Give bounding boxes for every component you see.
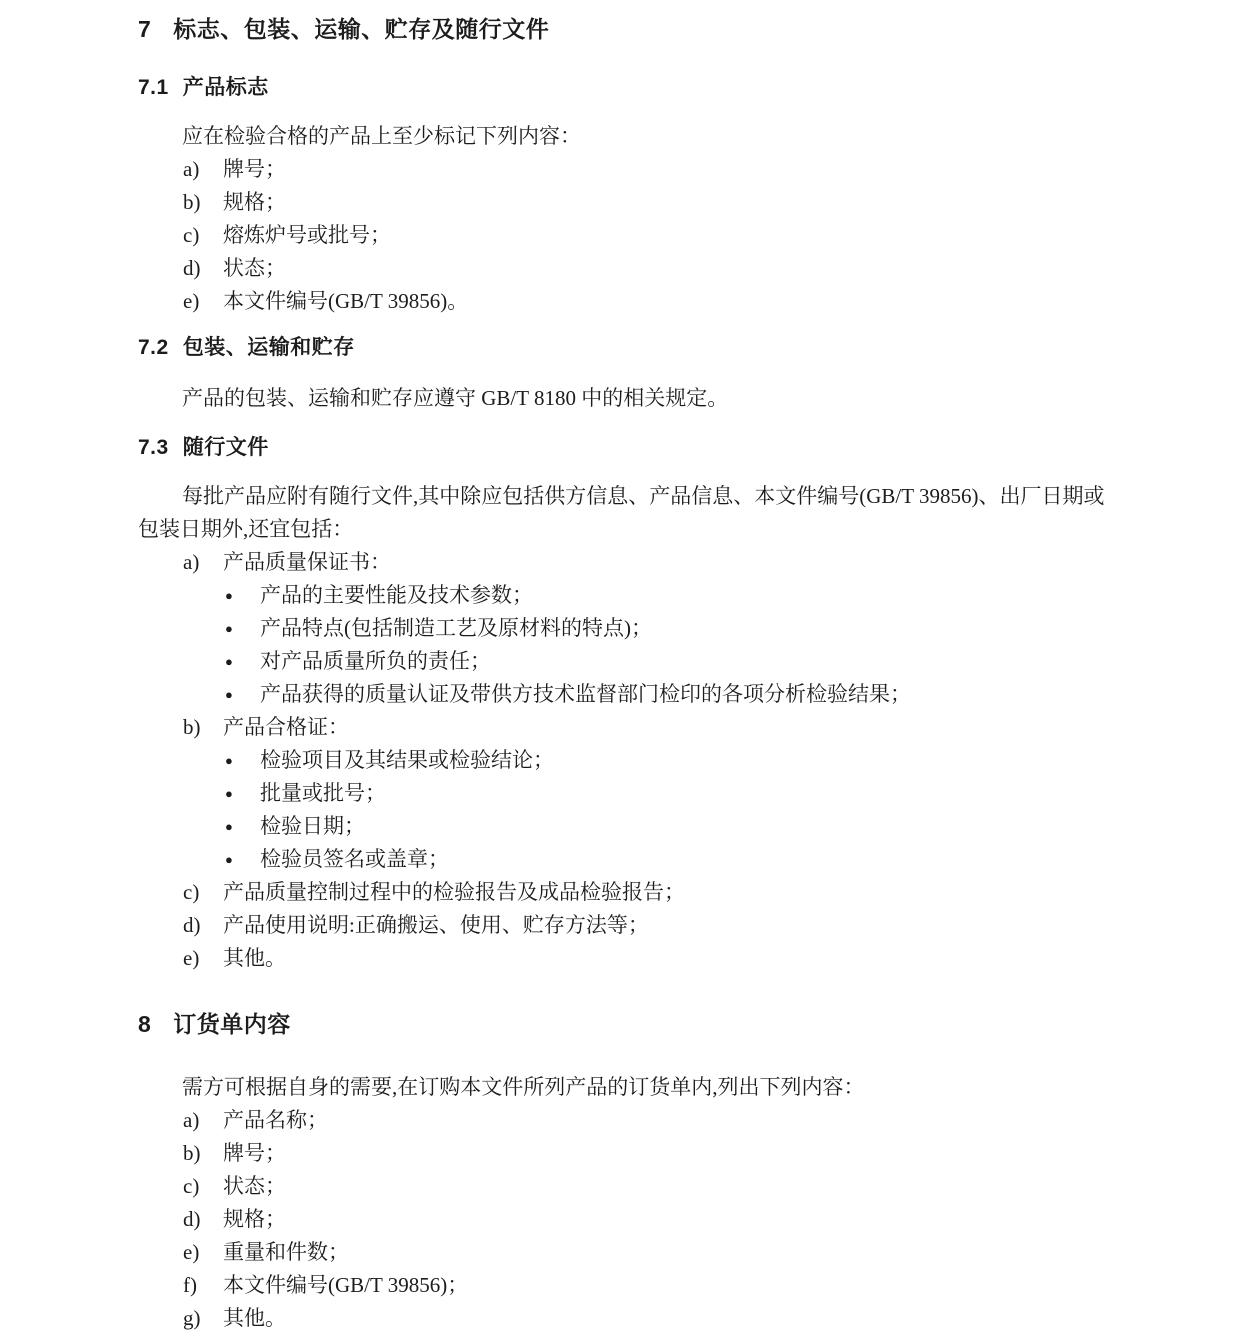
bullet-icon: ● [225,744,260,777]
bullet-item: ●产品特点(包括制造工艺及原材料的特点)； [225,612,1115,645]
list-item-text: 其他。 [223,946,286,970]
bullet-item: ●检验项目及其结果或检验结论； [225,744,1115,777]
list-item: e)其他。 [183,942,1113,975]
bullet-icon: ● [225,810,260,843]
list-item-text: 牌号； [223,1141,286,1165]
section-7-1-title: 产品标志 [183,76,269,99]
bullet-text: 检验日期； [260,814,365,838]
list-item-text: 状态； [223,256,286,280]
bullet-text: 产品获得的质量认证及带供方技术监督部门检印的各项分析检验结果； [260,682,911,706]
list-marker: c) [183,876,223,909]
list-marker: e) [183,1236,223,1269]
bullet-icon: ● [225,579,260,612]
section-8-number: 8 [138,1011,151,1037]
list-item-text: 本文件编号(GB/T 39856)。 [223,289,468,313]
bullet-item: ●检验员签名或盖章； [225,843,1115,876]
list-marker: a) [183,1104,223,1137]
list-item: d)产品使用说明:正确搬运、使用、贮存方法等； [183,909,1113,942]
list-item: a)产品名称； [183,1104,1113,1137]
list-item-text: 本文件编号(GB/T 39856)； [223,1273,468,1297]
list-item: f)本文件编号(GB/T 39856)； [183,1269,1113,1302]
bullet-item: ●批量或批号； [225,777,1115,810]
list-marker: b) [183,1137,223,1170]
list-item-text: 规格； [223,190,286,214]
clause-7-3-body: 每批产品应附有随行文件,其中除应包括供方信息、产品信息、本文件编号(GB/T 3… [138,480,1116,546]
clause-7-2-body: 产品的包装、运输和贮存应遵守 GB/T 8180 中的相关规定。 [138,382,1116,415]
list-item-text: 产品使用说明:正确搬运、使用、贮存方法等； [223,913,649,937]
list-marker: a) [183,546,223,579]
section-7-2-heading: 7.2包装、运输和贮存 [138,336,1240,360]
list-marker: b) [183,186,223,219]
clause-7-1-intro: 应在检验合格的产品上至少标记下列内容： [138,120,1116,153]
bullet-item: ●产品的主要性能及技术参数； [225,579,1115,612]
list-item-text: 重量和件数； [223,1240,349,1264]
section-7-3-title: 随行文件 [183,436,269,459]
list-item: b)产品合格证： [183,711,1113,744]
section-8-title: 订货单内容 [173,1011,291,1037]
section-7-heading: 7标志、包装、运输、贮存及随行文件 [138,16,1240,42]
list-marker: d) [183,252,223,285]
section-7-2-number: 7.2 [138,336,169,360]
list-marker: d) [183,909,223,942]
list-item-text: 牌号； [223,157,286,181]
clause-8-body: 需方可根据自身的需要,在订购本文件所列产品的订货单内,列出下列内容： [138,1071,1116,1104]
bullet-item: ●检验日期； [225,810,1115,843]
bullet-icon: ● [225,645,260,678]
list-item-text: 产品合格证： [223,715,349,739]
clause-7-1-list: a)牌号； b)规格； c)熔炼炉号或批号； d)状态； e)本文件编号(GB/… [0,153,1240,318]
list-item: a)产品质量保证书： [183,546,1113,579]
list-item: b)规格； [183,186,1113,219]
clause-7-3-list: a)产品质量保证书： ●产品的主要性能及技术参数； ●产品特点(包括制造工艺及原… [0,546,1240,975]
list-marker: c) [183,1170,223,1203]
clause-8-list: a)产品名称； b)牌号； c)状态； d)规格； e)重量和件数； f)本文件… [0,1104,1240,1335]
section-7-number: 7 [138,16,151,42]
list-item: e)重量和件数； [183,1236,1113,1269]
section-7-title: 标志、包装、运输、贮存及随行文件 [173,16,549,42]
bullet-text: 产品特点(包括制造工艺及原材料的特点)； [260,616,652,640]
list-marker: a) [183,153,223,186]
list-item: d)状态； [183,252,1113,285]
section-7-1-number: 7.1 [138,76,169,100]
list-item: g)其他。 [183,1302,1113,1335]
list-marker: e) [183,285,223,318]
bullet-icon: ● [225,843,260,876]
bullet-icon: ● [225,612,260,645]
list-marker: b) [183,711,223,744]
bullet-text: 产品的主要性能及技术参数； [260,583,533,607]
bullet-text: 对产品质量所负的责任； [260,649,491,673]
section-7-3-number: 7.3 [138,436,169,460]
list-marker: e) [183,942,223,975]
list-item-text: 产品名称； [223,1108,328,1132]
list-item: b)牌号； [183,1137,1113,1170]
list-marker: c) [183,219,223,252]
list-item-text: 产品质量控制过程中的检验报告及成品检验报告； [223,880,685,904]
bullet-text: 检验项目及其结果或检验结论； [260,748,554,772]
document-page: 7标志、包装、运输、贮存及随行文件 7.1产品标志 应在检验合格的产品上至少标记… [0,0,1240,1343]
bullet-text: 检验员签名或盖章； [260,847,449,871]
section-7-3-heading: 7.3随行文件 [138,436,1240,460]
bullet-icon: ● [225,777,260,810]
list-item-text: 规格； [223,1207,286,1231]
bullet-icon: ● [225,678,260,711]
bullet-text: 批量或批号； [260,781,386,805]
list-marker: g) [183,1302,223,1335]
section-8-heading: 8订货单内容 [138,1011,1240,1037]
bullet-item: ●对产品质量所负的责任； [225,645,1115,678]
list-item-text: 其他。 [223,1306,286,1330]
list-item-text: 熔炼炉号或批号； [223,223,391,247]
list-marker: d) [183,1203,223,1236]
bullet-item: ●产品获得的质量认证及带供方技术监督部门检印的各项分析检验结果； [225,678,1115,711]
list-marker: f) [183,1269,223,1302]
list-item: c)状态； [183,1170,1113,1203]
list-item-text: 产品质量保证书： [223,550,391,574]
list-item: c)产品质量控制过程中的检验报告及成品检验报告； [183,876,1113,909]
list-item-text: 状态； [223,1174,286,1198]
section-7-1-heading: 7.1产品标志 [138,76,1240,100]
list-item: c)熔炼炉号或批号； [183,219,1113,252]
list-item: e)本文件编号(GB/T 39856)。 [183,285,1113,318]
list-item: d)规格； [183,1203,1113,1236]
list-item: a)牌号； [183,153,1113,186]
section-7-2-title: 包装、运输和贮存 [183,336,355,359]
